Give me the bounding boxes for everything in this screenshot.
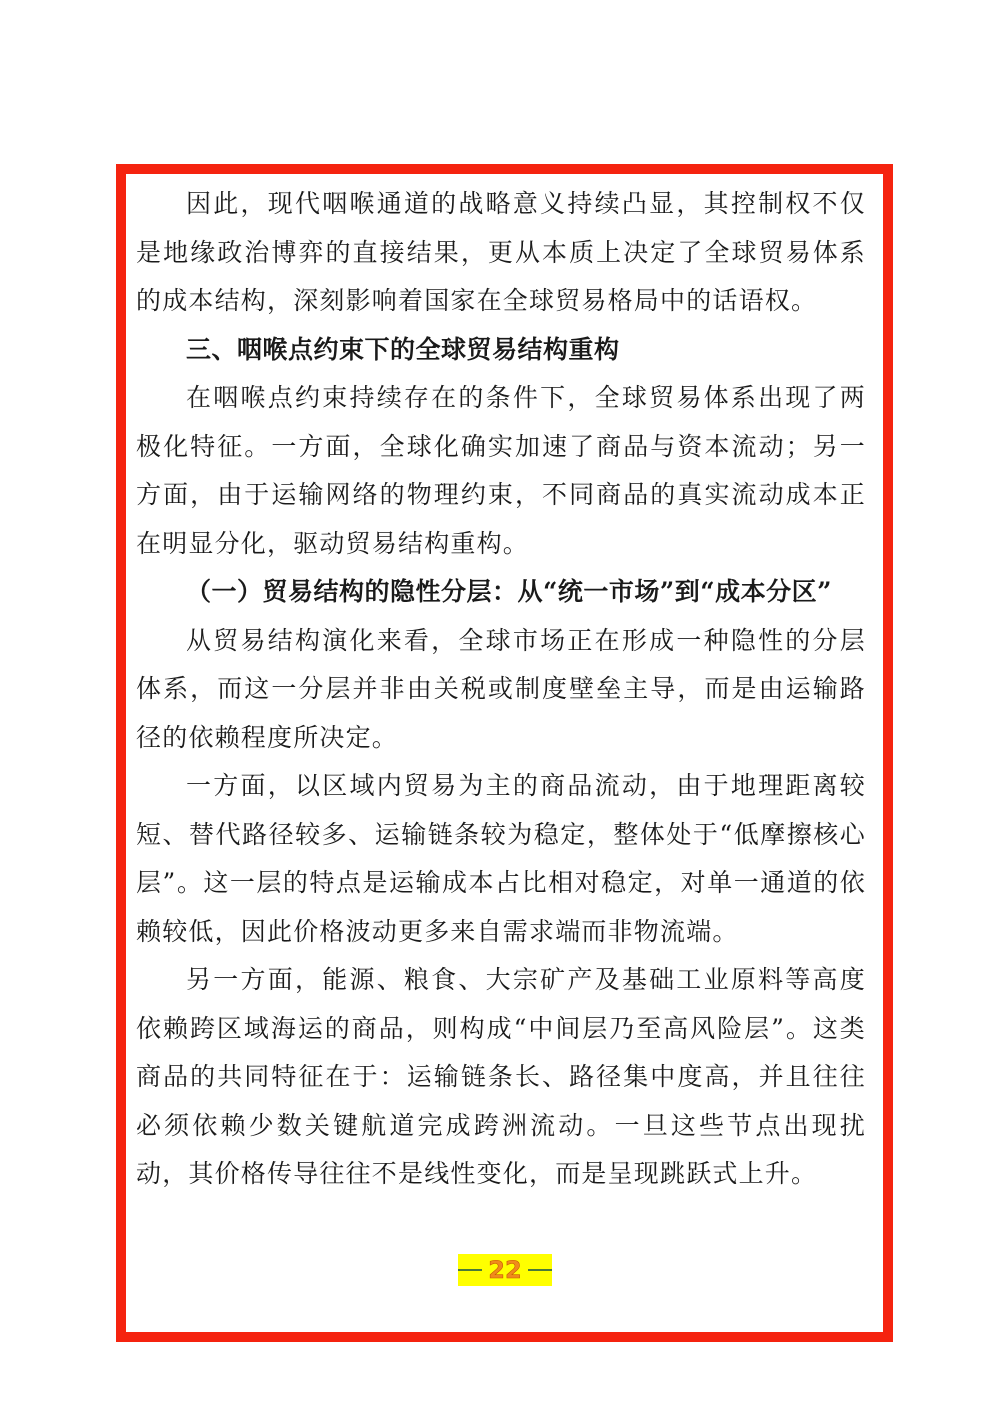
document-body: 因此，现代咽喉通道的战略意义持续凸显，其控制权不仅是地缘政治博弈的直接结果，更从…	[136, 180, 866, 1199]
paragraph: 另一方面，能源、粮食、大宗矿产及基础工业原料等高度依赖跨区域海运的商品，则构成“…	[136, 956, 866, 1199]
dash-right-decoration	[528, 1269, 552, 1271]
dash-left-decoration	[458, 1269, 482, 1271]
page-number: 22	[488, 1258, 521, 1282]
paragraph: 因此，现代咽喉通道的战略意义持续凸显，其控制权不仅是地缘政治博弈的直接结果，更从…	[136, 180, 866, 326]
paragraph: 一方面，以区域内贸易为主的商品流动，由于地理距离较短、替代路径较多、运输链条较为…	[136, 762, 866, 956]
page-number-badge: 22	[458, 1254, 552, 1286]
paragraph: 在咽喉点约束持续存在的条件下，全球贸易体系出现了两极化特征。一方面，全球化确实加…	[136, 374, 866, 568]
paragraph: 从贸易结构演化来看，全球市场正在形成一种隐性的分层体系，而这一分层并非由关税或制…	[136, 617, 866, 763]
subsection-heading: （一）贸易结构的隐性分层：从“统一市场”到“成本分区”	[136, 568, 866, 617]
section-heading: 三、咽喉点约束下的全球贸易结构重构	[136, 326, 866, 375]
